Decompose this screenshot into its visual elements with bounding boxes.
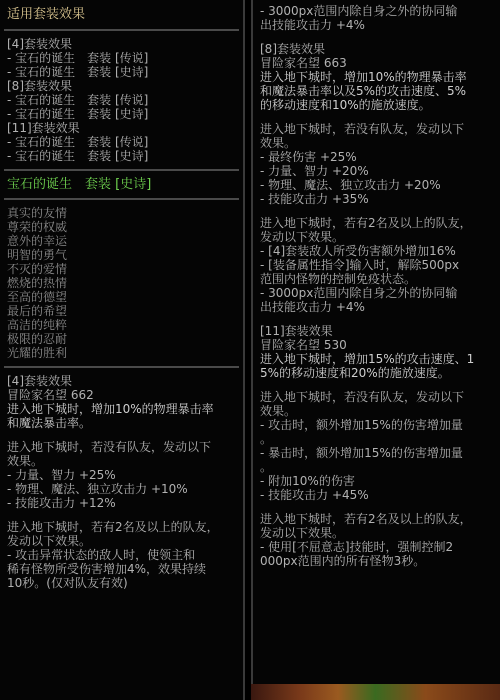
set-item: 至高的德望	[7, 290, 236, 304]
continued-stat: 出技能攻击力 +4%	[260, 18, 500, 32]
solo-intro: 进入地下城时，若没有队友，发动以下	[260, 122, 500, 136]
solo-stat: 。	[260, 432, 500, 446]
solo-intro: 进入地下城时，若没有队友，发动以下	[260, 390, 500, 404]
party-stat: - [4]套装敌人所受伤害额外增加16%	[260, 244, 500, 258]
set-item: 不灭的爱情	[7, 262, 236, 276]
solo-stat: - 技能攻击力 +35%	[260, 192, 500, 206]
effect-desc: 的移动速度和10%的施放速度。	[260, 98, 500, 112]
set-name-heading: 宝石的诞生 套装 [史诗]	[0, 171, 243, 198]
party-intro: 发动以下效果。	[260, 230, 500, 244]
set-effect-11: [11]套装效果 冒险家名望 530 进入地下城时，增加15%的攻击速度、1 5…	[260, 324, 500, 568]
party-stat: 稀有怪物所受伤害增加4%，效果持续	[7, 562, 236, 576]
set-tier-header: [4]套装效果	[7, 37, 236, 51]
set-item: 燃烧的热情	[7, 276, 236, 290]
set-tier-item: - 宝石的诞生 套装 [史诗]	[7, 65, 236, 79]
set-item: 高洁的纯粹	[7, 318, 236, 332]
party-intro: 进入地下城时，若有2名及以上的队友，	[7, 520, 236, 534]
set-item: 极限的忍耐	[7, 332, 236, 346]
party-stat: - 使用[不屈意志]技能时，强制控制2	[260, 540, 500, 554]
solo-intro: 效果。	[260, 404, 500, 418]
set-tier-header: [11]套装效果	[7, 121, 236, 135]
set-item: 意外的幸运	[7, 234, 236, 248]
solo-stat: - 物理、魔法、独立攻击力 +20%	[260, 178, 500, 192]
set-tier-item: - 宝石的诞生 套装 [传说]	[7, 51, 236, 65]
party-intro: 进入地下城时，若有2名及以上的队友，	[260, 512, 500, 526]
solo-stat: - 力量、智力 +25%	[7, 468, 236, 482]
solo-stat: - 技能攻击力 +12%	[7, 496, 236, 510]
set-item: 光耀的胜利	[7, 346, 236, 360]
set-effects-tooltip-left: 适用套装效果 [4]套装效果 - 宝石的诞生 套装 [传说] - 宝石的诞生 套…	[0, 0, 245, 700]
set-tier-item: - 宝石的诞生 套装 [史诗]	[7, 107, 236, 121]
effect-header: [4]套装效果	[7, 374, 236, 388]
set-item: 最后的希望	[7, 304, 236, 318]
effect-desc: 进入地下城时，增加10%的物理暴击率	[260, 70, 500, 84]
solo-stat: 。	[260, 460, 500, 474]
set-tier-item: - 宝石的诞生 套装 [传说]	[7, 135, 236, 149]
fame-value: 冒险家名望 530	[260, 338, 500, 352]
set-tier-header: [8]套装效果	[7, 79, 236, 93]
solo-intro: 进入地下城时，若没有队友，发动以下	[7, 440, 236, 454]
effect-desc: 和魔法暴击率。	[7, 416, 236, 430]
party-stat: - 3000px范围内除自身之外的协同输	[260, 286, 500, 300]
solo-intro: 效果。	[7, 454, 236, 468]
solo-stat: - 暴击时，额外增加15%的伤害增加量	[260, 446, 500, 460]
set-tier-item: - 宝石的诞生 套装 [史诗]	[7, 149, 236, 163]
solo-stat: - 力量、智力 +20%	[260, 164, 500, 178]
party-stat: 10秒。(仅对队友有效)	[7, 576, 236, 590]
party-intro: 发动以下效果。	[7, 534, 236, 548]
set-item: 真实的友情	[7, 206, 236, 220]
party-intro: 发动以下效果。	[260, 526, 500, 540]
set-effects-tooltip-right: - 3000px范围内除自身之外的协同输 出技能攻击力 +4% [8]套装效果 …	[251, 0, 500, 700]
effect-header: [8]套装效果	[260, 42, 500, 56]
set-item-list: 真实的友情 尊荣的权威 意外的幸运 明智的勇气 不灭的爱情 燃烧的热情 至高的德…	[0, 200, 243, 366]
fame-value: 冒险家名望 662	[7, 388, 236, 402]
set-item: 明智的勇气	[7, 248, 236, 262]
set-effect-8: [8]套装效果 冒险家名望 663 进入地下城时，增加10%的物理暴击率 和魔法…	[260, 42, 500, 314]
party-stat: 范围内怪物的控制免疫状态。	[260, 272, 500, 286]
set-item: 尊荣的权威	[7, 220, 236, 234]
solo-stat: - 物理、魔法、独立攻击力 +10%	[7, 482, 236, 496]
party-intro: 进入地下城时，若有2名及以上的队友，	[260, 216, 500, 230]
party-stat: - [装备属性指令]输入时，解除500px	[260, 258, 500, 272]
set-effect-4: [4]套装效果 冒险家名望 662 进入地下城时，增加10%的物理暴击率 和魔法…	[0, 368, 243, 596]
effect-desc: 5%的移动速度和20%的施放速度。	[260, 366, 500, 380]
fame-value: 冒险家名望 663	[260, 56, 500, 70]
party-stat: 000px范围内的所有怪物3秒。	[260, 554, 500, 568]
effect-header: [11]套装效果	[260, 324, 500, 338]
set-tier-item: - 宝石的诞生 套装 [传说]	[7, 93, 236, 107]
party-stat: - 攻击异常状态的敌人时，使领主和	[7, 548, 236, 562]
game-background-art	[251, 684, 500, 700]
effect-desc: 和魔法暴击率以及5%的攻击速度、5%	[260, 84, 500, 98]
applicable-sets-list: [4]套装效果 - 宝石的诞生 套装 [传说] - 宝石的诞生 套装 [史诗] …	[0, 31, 243, 169]
solo-stat: - 技能攻击力 +45%	[260, 488, 500, 502]
effect-desc: 进入地下城时，增加10%的物理暴击率	[7, 402, 236, 416]
party-stat: 出技能攻击力 +4%	[260, 300, 500, 314]
tooltip-title: 适用套装效果	[0, 0, 243, 29]
continued-stat: - 3000px范围内除自身之外的协同输	[260, 4, 500, 18]
solo-stat: - 攻击时，额外增加15%的伤害增加量	[260, 418, 500, 432]
solo-intro: 效果。	[260, 136, 500, 150]
solo-stat: - 最终伤害 +25%	[260, 150, 500, 164]
solo-stat: - 附加10%的伤害	[260, 474, 500, 488]
effect-desc: 进入地下城时，增加15%的攻击速度、1	[260, 352, 500, 366]
